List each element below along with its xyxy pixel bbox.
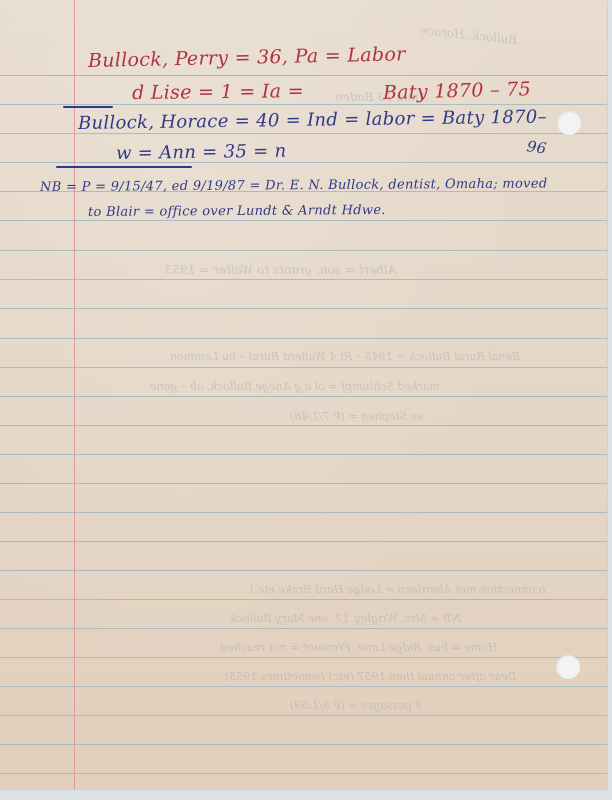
binder-hole-top bbox=[557, 111, 581, 135]
entry-horace-bullock: Bullock, Horace = 40 = Ind = labor = Bat… bbox=[78, 106, 547, 134]
bleed-through-text: Bullock, Horace bbox=[420, 23, 518, 47]
entry-ann-wife: w = Ann = 35 = n bbox=[116, 141, 287, 164]
rule-line bbox=[0, 744, 607, 745]
bleed-through-text: Dear after annual then 1957 (etc) (somet… bbox=[225, 670, 516, 683]
rule-line bbox=[0, 308, 607, 309]
rule-line bbox=[0, 686, 607, 687]
rule-line bbox=[0, 338, 607, 339]
bleed-through-text: Home = bus, Ridge Lane, Fremont = not re… bbox=[220, 641, 497, 654]
bleed-through-text: Benal Rural Bullock = 1945 – Rt 4 Waller… bbox=[170, 350, 520, 363]
underline-mark bbox=[56, 166, 192, 168]
rule-line bbox=[0, 425, 607, 426]
rule-line bbox=[0, 250, 607, 251]
rule-line bbox=[0, 657, 607, 658]
bleed-through-text: 8 passages = (P 9/1/59) bbox=[290, 699, 422, 712]
rule-line bbox=[0, 220, 607, 221]
rule-line bbox=[0, 279, 607, 280]
rule-line bbox=[0, 162, 607, 163]
rule-line bbox=[0, 715, 607, 716]
entry-nb-note: NB = P = 9/15/47, ed 9/19/87 = Dr. E. N.… bbox=[40, 176, 548, 195]
rule-line bbox=[0, 367, 607, 368]
rule-line bbox=[0, 396, 607, 397]
rule-line bbox=[0, 512, 607, 513]
notebook-page: Bullock, Horace Anna 13 Baden Albert = s… bbox=[0, 0, 607, 790]
entry-blair-office: to Blair = office over Lundt & Arndt Hdw… bbox=[88, 203, 386, 220]
underline-mark bbox=[63, 106, 113, 108]
entry-beatty-years-red: Baty 1870 – 75 bbox=[383, 78, 532, 104]
bleed-through-text: marked Schlumpf = ol a g Anege Bullock, … bbox=[150, 380, 440, 393]
bleed-through-text: NB = Mrs. Wrigley, 17, one Mary Bullock bbox=[230, 612, 461, 625]
entry-beatty-years-end: 96 bbox=[526, 137, 548, 158]
entry-perry-bullock: Bullock, Perry = 36, Pa = Labor bbox=[88, 43, 406, 72]
rule-line bbox=[0, 454, 607, 455]
rule-line bbox=[0, 628, 607, 629]
rule-line bbox=[0, 541, 607, 542]
rule-line bbox=[0, 104, 607, 105]
margin-line bbox=[74, 0, 75, 790]
bleed-through-text: (connection met Aberdeen = Lodge Hard Br… bbox=[250, 583, 545, 596]
rule-line bbox=[0, 570, 607, 571]
bleed-through-text: es Stephen = (P 7/1/48) bbox=[290, 410, 423, 423]
binder-hole-bottom bbox=[556, 655, 580, 679]
header-rule bbox=[0, 75, 607, 76]
bleed-through-text: Albert = son, grants to Walter = 1953 bbox=[165, 263, 396, 277]
rule-line bbox=[0, 773, 607, 774]
scan-background-edge bbox=[0, 790, 612, 800]
rule-line bbox=[0, 483, 607, 484]
rule-line bbox=[0, 599, 607, 600]
entry-lise-daughter: d Lise = 1 = Ia = bbox=[132, 80, 304, 104]
